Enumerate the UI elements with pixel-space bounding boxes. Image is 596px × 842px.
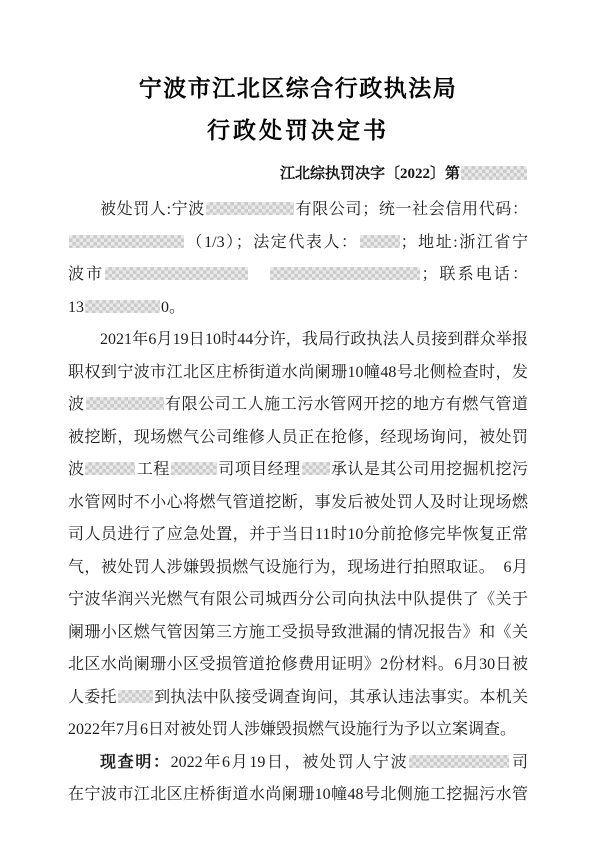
text-segment: 职权到宁波市江北区庄桥街道水尚阑珊10幢48号北侧检查时，发现宁 xyxy=(68,364,528,390)
text-segment: （1/3）；法定代表人： xyxy=(185,234,359,251)
redacted-text xyxy=(85,462,135,475)
text-line-case-narrative: 北区水尚阑珊小区受损管道抢修费用证明》2份材料。6月30日被处罚 xyxy=(68,649,528,682)
text-line-party-info: （1/3）；法定代表人：；地址:浙江省宁 xyxy=(68,227,528,260)
redacted-text xyxy=(118,690,153,703)
text-segment: 波市 xyxy=(68,266,104,283)
text-segment: ；地址:浙江省宁 xyxy=(401,234,528,251)
text-line-case-narrative: 2022年7月6日对被处罚人涉嫌毁损燃气设施行为予以立案调查。 xyxy=(68,714,528,747)
text-line-case-narrative: 宁波华润兴光燃气有限公司城西分公司向执法中队提供了《关于水尚 xyxy=(68,584,528,617)
redacted-text xyxy=(302,462,330,475)
text-segment: 宁波华润兴光燃气有限公司城西分公司向执法中队提供了《关于水尚 xyxy=(68,591,528,617)
redacted-text xyxy=(105,267,248,280)
text-line-case-narrative: 波工程司项目经理承认是其公司用挖掘机挖污 xyxy=(68,454,528,487)
text-line-case-narrative: 司人员进行了应急处置，并于当日11时10分前抢修完毕恢复正常供 xyxy=(68,519,528,552)
redacted-text xyxy=(206,202,294,215)
document-title-agency: 宁波市江北区综合行政执法局 xyxy=(0,0,596,103)
text-line-findings: 在宁波市江北区庄桥街道水尚阑珊10幢48号北侧施工挖掘污水管网 xyxy=(68,779,528,812)
text-segment: 在宁波市江北区庄桥街道水尚阑珊10幢48号北侧施工挖掘污水管网 xyxy=(68,786,528,812)
text-segment: 波 xyxy=(68,396,85,413)
text-segment: 北区水尚阑珊小区受损管道抢修费用证明》2份材料。6月30日被处罚 xyxy=(68,656,528,682)
text-segment: 2021年6月19日10时44分许，我局行政执法人员接到群众举报依 xyxy=(68,331,528,357)
text-segment: ；联系电话： xyxy=(421,266,528,283)
text-segment: 水管网时不小心将燃气管道挖断，事发后被处罚人及时让现场燃气公 xyxy=(68,494,528,520)
redacted-text xyxy=(86,397,164,410)
text-segment: 司 xyxy=(510,754,528,771)
redacted-text xyxy=(171,462,217,475)
text-line-case-narrative: 阑珊小区燃气管因第三方施工受损导致泄漏的情况报告》和《关于江 xyxy=(68,617,528,650)
text-segment: 有限公司；统一社会信用代码： xyxy=(295,201,528,218)
text-segment: 承认是其公司用挖掘机挖污 xyxy=(331,461,528,478)
text-line-party-info: 波市 ；联系电话： xyxy=(68,259,528,292)
text-segment: 气，被处罚人涉嫌毁损燃气设施行为，现场进行拍照取证。 6月24日 xyxy=(68,559,528,585)
text-segment: 0。 xyxy=(161,299,185,316)
text-segment: 13 xyxy=(68,299,84,316)
text-segment: 被挖断，现场燃气公司维修人员正在抢修，经现场询问，被处罚人宁 xyxy=(68,429,528,455)
text-line-party-info: 130。 xyxy=(68,292,528,325)
text-segment: 阑珊小区燃气管因第三方施工受损导致泄漏的情况报告》和《关于江 xyxy=(68,624,528,650)
text-line-case-narrative: 人委托到执法中队接受调查询问，其承认违法事实。本机关于 xyxy=(68,682,528,715)
text-line-case-narrative: 2021年6月19日10时44分许，我局行政执法人员接到群众举报依 xyxy=(68,324,528,357)
redacted-text xyxy=(409,755,509,768)
text-segment-bold: 现查明： xyxy=(100,754,171,771)
text-segment xyxy=(249,266,269,283)
text-segment: 有限公司工人施工污水管网开挖的地方有燃气管道 xyxy=(165,396,528,413)
document-page: 宁波市江北区综合行政执法局 行政处罚决定书 江北综执罚决字〔2022〕第 被处罚… xyxy=(0,0,596,842)
text-segment: 被处罚人:宁波 xyxy=(100,201,205,218)
text-segment: 2022年7月6日对被处罚人涉嫌毁损燃气设施行为予以立案调查。 xyxy=(68,721,516,738)
text-line-party-info: 被处罚人:宁波有限公司；统一社会信用代码： xyxy=(68,194,528,227)
document-number: 江北综执罚决字〔2022〕第 xyxy=(68,163,528,185)
text-segment: 波 xyxy=(68,461,84,478)
text-line-case-narrative: 波有限公司工人施工污水管网开挖的地方有燃气管道 xyxy=(68,389,528,422)
redacted-text xyxy=(85,300,160,313)
text-segment: 人委托 xyxy=(68,689,117,706)
text-segment: 司人员进行了应急处置，并于当日11时10分前抢修完毕恢复正常供 xyxy=(68,526,528,552)
document-title-type: 行政处罚决定书 xyxy=(0,112,596,145)
text-segment: 司项目经理 xyxy=(218,461,301,478)
text-segment: 工程 xyxy=(136,461,169,478)
redacted-text xyxy=(69,235,184,248)
document-number-prefix: 江北综执罚决字〔2022〕第 xyxy=(280,166,460,182)
redacted-doc-number xyxy=(461,166,527,180)
document-body: 被处罚人:宁波有限公司；统一社会信用代码：（1/3）；法定代表人：；地址:浙江省… xyxy=(68,194,528,812)
text-line-case-narrative: 职权到宁波市江北区庄桥街道水尚阑珊10幢48号北侧检查时，发现宁 xyxy=(68,357,528,390)
text-line-findings: 现查明：2022年6月19日，被处罚人宁波司 xyxy=(68,747,528,780)
text-segment: 2022年6月19日，被处罚人宁波 xyxy=(171,754,409,771)
redacted-text xyxy=(270,267,420,280)
text-line-case-narrative: 气，被处罚人涉嫌毁损燃气设施行为，现场进行拍照取证。 6月24日 xyxy=(68,552,528,585)
text-line-case-narrative: 被挖断，现场燃气公司维修人员正在抢修，经现场询问，被处罚人宁 xyxy=(68,422,528,455)
text-line-case-narrative: 水管网时不小心将燃气管道挖断，事发后被处罚人及时让现场燃气公 xyxy=(68,487,528,520)
redacted-text xyxy=(360,235,400,248)
